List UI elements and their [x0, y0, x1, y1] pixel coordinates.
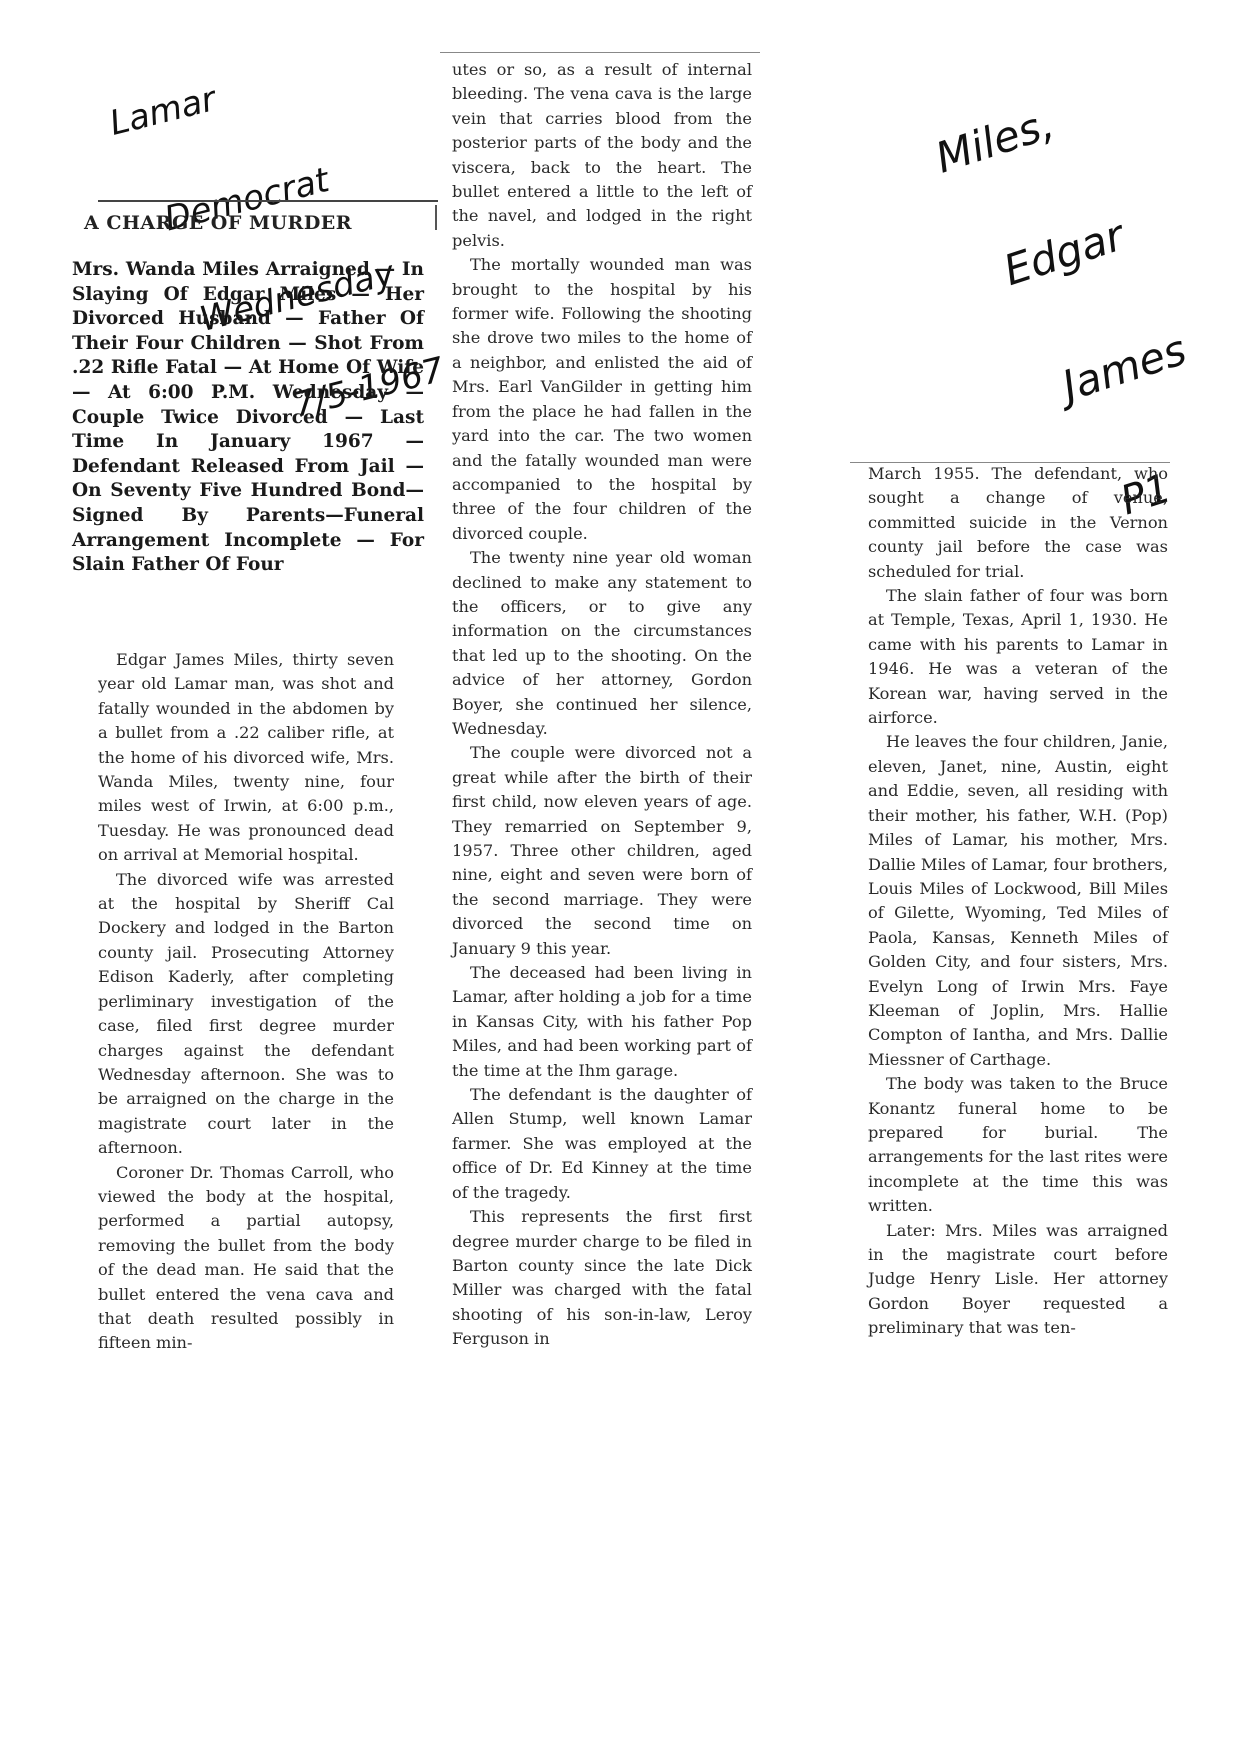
paragraph: The twenty nine year old woman declined … — [452, 546, 752, 741]
paragraph: Coroner Dr. Thomas Carroll, who viewed t… — [98, 1161, 394, 1356]
paragraph: utes or so, as a result of internal blee… — [452, 58, 752, 253]
paragraph: The deceased had been living in Lamar, a… — [452, 961, 752, 1083]
paragraph: The couple were divorced not a great whi… — [452, 741, 752, 961]
paragraph: The divorced wife was arrested at the ho… — [98, 868, 394, 1161]
article-column-3: March 1955. The defendant, who sought a … — [868, 462, 1168, 1341]
divider — [98, 200, 438, 202]
handwritten-line: James — [1058, 329, 1192, 408]
article-column-1: Edgar James Miles, thirty seven year old… — [98, 648, 394, 1356]
paragraph: The defendant is the daughter of Allen S… — [452, 1083, 752, 1205]
paragraph: This represents the first first degree m… — [452, 1205, 752, 1351]
paragraph: The body was taken to the Bruce Konantz … — [868, 1072, 1168, 1218]
paragraph: He leaves the four children, Janie, elev… — [868, 730, 1168, 1072]
article-column-2: utes or so, as a result of internal blee… — [452, 58, 752, 1352]
article-kicker: A CHARGE OF MURDER — [84, 212, 424, 234]
handwritten-line: Miles, — [931, 85, 1112, 180]
divider — [440, 52, 760, 53]
paragraph: The slain father of four was born at Tem… — [868, 584, 1168, 730]
article-headline: Mrs. Wanda Miles Arraigned — In Slaying … — [72, 258, 424, 578]
handwritten-line: Lamar — [106, 44, 370, 141]
paragraph: Edgar James Miles, thirty seven year old… — [98, 648, 394, 868]
handwritten-line: Edgar — [999, 207, 1152, 292]
paragraph: The mortally wounded man was brought to … — [452, 253, 752, 546]
paragraph: March 1955. The defendant, who sought a … — [868, 462, 1168, 584]
divider — [435, 205, 437, 230]
paragraph: Later: Mrs. Miles was arraigned in the m… — [868, 1219, 1168, 1341]
